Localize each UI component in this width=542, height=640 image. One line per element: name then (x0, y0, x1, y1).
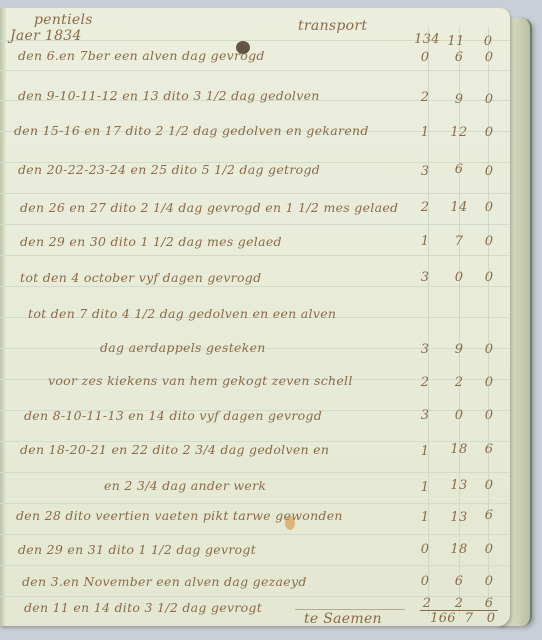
transport-label: transport (298, 18, 367, 34)
entry-penningen: 0 (476, 50, 502, 65)
underline (295, 609, 405, 610)
total-penningen: 0 (478, 611, 504, 626)
entry-stuivers: 6 (446, 162, 472, 177)
entry-penningen: 6 (476, 442, 502, 457)
total-label: te Saemen (304, 611, 382, 626)
entry-guilders: 1 (412, 444, 438, 459)
entry-guilders: 2 (412, 90, 438, 105)
ruled-line (0, 565, 510, 566)
entry-guilders: 2 (412, 200, 438, 215)
entry-guilders: 3 (412, 408, 438, 423)
entry-guilders: 0 (412, 542, 438, 557)
entry-stuivers: 0 (446, 270, 472, 285)
ruled-line (0, 224, 510, 225)
ruled-line (0, 255, 510, 256)
entry-penningen: 6 (476, 596, 502, 611)
entry-stuivers: 2 (446, 596, 472, 611)
entry-description: den 20-22-23-24 en 25 dito 5 1/2 dag get… (18, 162, 320, 177)
ruled-line (0, 472, 510, 473)
entry-guilders: 0 (412, 50, 438, 65)
entry-penningen: 0 (476, 342, 502, 357)
entry-penningen: 0 (476, 375, 502, 390)
entry-stuivers: 13 (446, 510, 472, 525)
entry-penningen: 0 (476, 164, 502, 179)
entry-stuivers: 6 (446, 574, 472, 589)
entry-penningen: 0 (476, 125, 502, 140)
entry-description: den 11 en 14 dito 3 1/2 dag gevrogt (24, 600, 262, 615)
entry-penningen: 0 (476, 200, 502, 215)
entry-description: voor zes kiekens van hem gekogt zeven sc… (48, 373, 353, 388)
entry-penningen: 0 (476, 92, 502, 107)
entry-guilders: 2 (412, 375, 438, 390)
total-guilders: 166 (426, 611, 460, 626)
entry-description: en 2 3/4 dag ander werk (104, 478, 266, 493)
entry-description: tot den 7 dito 4 1/2 dag gedolven en een… (28, 306, 336, 321)
entry-penningen: 6 (476, 508, 502, 523)
transport-penningen: 0 (475, 34, 501, 49)
entry-description: den 15-16 en 17 dito 2 1/2 dag gedolven … (14, 123, 369, 138)
ruled-line (0, 193, 510, 194)
entry-description: den 18-20-21 en 22 dito 2 3/4 dag gedolv… (20, 442, 329, 457)
column-rule (459, 28, 460, 616)
header-year: Jaer 1834 (10, 28, 82, 44)
transport-guilders: 134 (414, 32, 440, 47)
entry-penningen: 0 (476, 542, 502, 557)
entry-description: den 28 dito veertien vaeten pikt tarwe g… (16, 508, 343, 523)
entry-description: den 8-10-11-13 en 14 dito vyf dagen gevr… (24, 408, 322, 423)
entry-guilders: 2 (414, 596, 440, 611)
entry-description: den 26 en 27 dito 2 1/4 dag gevrogd en 1… (20, 200, 398, 215)
entry-guilders: 0 (412, 574, 438, 589)
entry-stuivers: 6 (446, 50, 472, 65)
entry-guilders: 1 (412, 480, 438, 495)
entry-penningen: 0 (476, 270, 502, 285)
entry-penningen: 0 (476, 574, 502, 589)
entry-guilders: 3 (412, 270, 438, 285)
entry-stuivers: 18 (446, 542, 472, 557)
ruled-line (0, 503, 510, 504)
entry-stuivers: 2 (446, 375, 472, 390)
entry-description: den 9-10-11-12 en 13 dito 3 1/2 dag gedo… (18, 88, 320, 103)
entry-stuivers: 12 (446, 125, 472, 140)
entry-guilders: 3 (412, 164, 438, 179)
transport-stuivers: 11 (443, 34, 469, 49)
entry-stuivers: 18 (446, 442, 472, 457)
column-rule (428, 28, 429, 616)
entry-description: tot den 4 october vyf dagen gevrogd (20, 270, 261, 285)
header-left-label: pentiels (34, 12, 93, 28)
entry-description: den 3.en November een alven dag gezaeyd (22, 574, 307, 589)
entry-description: den 29 en 30 dito 1 1/2 dag mes gelaed (20, 234, 282, 249)
entry-stuivers: 14 (446, 200, 472, 215)
entry-stuivers: 13 (446, 478, 472, 493)
entry-description: dag aerdappels gesteken (100, 340, 266, 355)
entry-description: den 29 en 31 dito 1 1/2 dag gevrogt (18, 542, 256, 557)
ruled-line (0, 70, 510, 71)
ledger-page: pentiels Jaer 1834 transport 134 11 0 de… (0, 8, 510, 626)
ruled-line (0, 286, 510, 287)
ruled-line (0, 534, 510, 535)
entry-guilders: 1 (412, 510, 438, 525)
entry-stuivers: 9 (446, 342, 472, 357)
entry-penningen: 0 (476, 234, 502, 249)
column-rule (488, 28, 489, 616)
entry-stuivers: 7 (446, 234, 472, 249)
entry-guilders: 1 (412, 234, 438, 249)
entry-description: den 6.en 7ber een alven dag gevrogd (18, 48, 265, 63)
entry-stuivers: 9 (446, 92, 472, 107)
entry-penningen: 0 (476, 478, 502, 493)
entry-stuivers: 0 (446, 408, 472, 423)
entry-penningen: 0 (476, 408, 502, 423)
entry-guilders: 3 (412, 342, 438, 357)
entry-guilders: 1 (412, 125, 438, 140)
